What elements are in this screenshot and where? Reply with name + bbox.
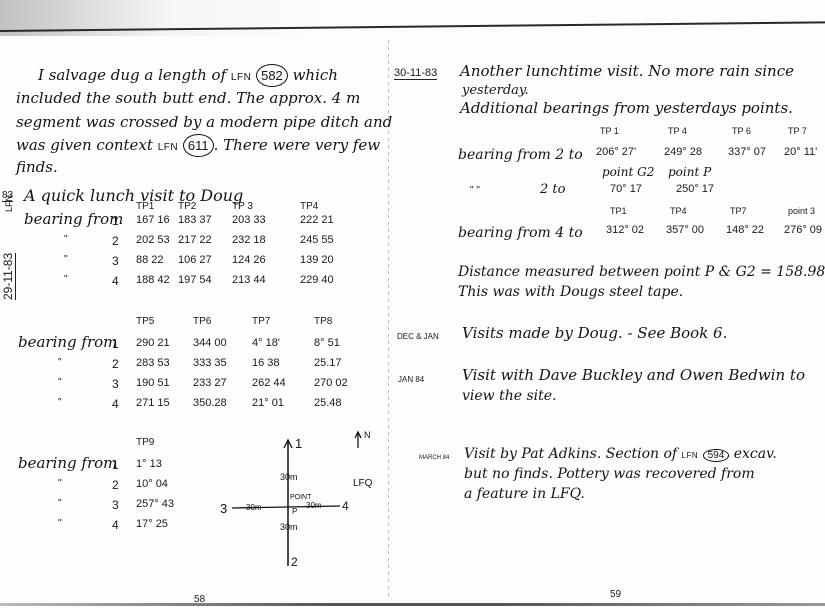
distance-label-north: 30m bbox=[280, 472, 298, 482]
from-station: 3 bbox=[112, 498, 119, 512]
page-number-right: 59 bbox=[610, 589, 621, 600]
distance-label-east: 30m bbox=[306, 501, 322, 510]
lfn-label: LFN bbox=[231, 72, 251, 83]
ditto-mark: " bbox=[58, 357, 62, 368]
arm-label-3: 3 bbox=[220, 501, 227, 516]
entry4-date: MARCH 84 bbox=[419, 455, 449, 461]
column-header: TP7 bbox=[730, 206, 747, 216]
page-bottom-edge bbox=[0, 603, 825, 606]
from-station: 1 bbox=[112, 214, 119, 228]
column-header: TP 3 bbox=[232, 201, 253, 212]
ditto-mark: " bbox=[64, 234, 68, 245]
from-station: 4 bbox=[112, 518, 119, 532]
ditto-mark: " bbox=[58, 397, 62, 408]
ditto-mark: " bbox=[58, 498, 62, 509]
bearing-value: 245 55 bbox=[300, 234, 334, 246]
column-header: TP1 bbox=[610, 206, 627, 216]
bearing-value: 217 22 bbox=[178, 234, 212, 246]
entry4-text: excav. bbox=[734, 446, 777, 462]
bearing-value: 25.48 bbox=[314, 397, 342, 409]
bearing-value: 270 02 bbox=[314, 377, 348, 389]
distance-measurement: Distance measured between point P & G2 =… bbox=[458, 264, 825, 280]
ditto-mark: " bbox=[58, 478, 62, 489]
lfn-number-circled: 594 bbox=[703, 449, 730, 462]
area-label-lfq: LFQ bbox=[353, 478, 373, 489]
entry3-line-1: Visit with Dave Buckley and Owen Bedwin … bbox=[462, 366, 805, 384]
entry1-date: 30-11-83 bbox=[394, 67, 437, 80]
entry1-line-2: yesterday. bbox=[462, 83, 529, 98]
arm-label-4: 4 bbox=[342, 499, 349, 513]
bearing-value: 106 27 bbox=[178, 254, 212, 266]
from-station: 2 to bbox=[540, 182, 565, 197]
bearing-value: 124 26 bbox=[232, 254, 266, 266]
bearing-value: 4° 18' bbox=[252, 337, 280, 349]
arm-label-1: 1 bbox=[295, 436, 302, 451]
bearing-value: 249° 28 bbox=[664, 146, 702, 158]
row-label: bearing from bbox=[24, 210, 123, 228]
intro-text: which bbox=[293, 66, 338, 84]
bearing-value: 337° 07 bbox=[728, 146, 766, 158]
distance-label-south: 30m bbox=[280, 522, 298, 532]
column-header: TP2 bbox=[178, 201, 196, 212]
column-header: TP 6 bbox=[732, 126, 751, 136]
bearing-value: 16 38 bbox=[252, 357, 280, 369]
bearing-value: 213 44 bbox=[232, 274, 266, 286]
row-label: bearing from bbox=[18, 454, 117, 472]
from-station: 4 bbox=[112, 274, 119, 288]
tape-note: This was with Dougs steel tape. bbox=[458, 284, 683, 300]
bearing-value: 232 18 bbox=[232, 234, 266, 246]
north-label: N bbox=[364, 430, 371, 440]
page-number-left: 58 bbox=[194, 594, 205, 605]
bearing-value: 139 20 bbox=[300, 254, 334, 266]
bearing-value: 203 33 bbox=[232, 214, 266, 226]
bearing-value: 206° 27' bbox=[596, 146, 636, 158]
column-header: point 3 bbox=[788, 206, 815, 216]
column-header: TP9 bbox=[136, 437, 154, 448]
ditto-mark: " bbox=[64, 274, 68, 285]
intro-line-2: included the south butt end. The approx.… bbox=[16, 88, 360, 109]
bearing-value: 1° 13 bbox=[136, 458, 162, 470]
bearing-value: 229 40 bbox=[300, 274, 334, 286]
bearing-value: 222 21 bbox=[300, 214, 334, 226]
entry3-line-2: view the site. bbox=[462, 388, 557, 404]
entry4-line-3: a feature in LFQ. bbox=[464, 486, 585, 502]
ditto-mark: " " bbox=[470, 185, 480, 196]
point-label: POINT bbox=[290, 494, 312, 501]
bearing-value: 20° 11' bbox=[784, 146, 817, 158]
bearing-value: 10° 04 bbox=[136, 478, 168, 490]
intro-line-5: finds. bbox=[16, 157, 58, 178]
bearing-value: 276° 09 bbox=[784, 224, 822, 236]
column-header: point G2 bbox=[602, 165, 654, 179]
entry2-text: Visits made by Doug. - See Book 6. bbox=[462, 324, 727, 342]
bearing-value: 21° 01 bbox=[252, 397, 284, 409]
bearing-value: 262 44 bbox=[252, 377, 286, 389]
from-station: 2 bbox=[112, 234, 119, 248]
bearing-value: 188 42 bbox=[136, 274, 170, 286]
intro-text: . There were very few bbox=[214, 136, 380, 154]
row-label: bearing from 2 to bbox=[458, 147, 583, 163]
ditto-mark: " bbox=[64, 254, 68, 265]
context-label: LFN bbox=[158, 142, 178, 153]
bearing-value: 17° 25 bbox=[136, 518, 168, 530]
margin-date: 29-11-83 bbox=[1, 253, 16, 300]
entry4-line-1: Visit by Pat Adkins. Section of LFN 594 … bbox=[464, 446, 777, 462]
entry1-line-1: Another lunchtime visit. No more rain si… bbox=[460, 62, 794, 80]
section1-heading: A quick lunch visit to Doug bbox=[24, 186, 243, 205]
entry4-line-2: but no finds. Pottery was recovered from bbox=[464, 466, 755, 482]
bearing-value: 350.28 bbox=[193, 397, 227, 409]
entry2-date: DEC & JAN bbox=[397, 332, 439, 341]
bearing-value: 25.17 bbox=[314, 357, 342, 369]
bearing-value: 271 15 bbox=[136, 397, 170, 409]
distance-label-west: 30m bbox=[246, 503, 262, 512]
bearing-value: 202 53 bbox=[136, 234, 170, 246]
entry4-text: Visit by Pat Adkins. Section of bbox=[464, 446, 677, 462]
entry1-line-3: Additional bearings from yesterdays poin… bbox=[460, 99, 793, 117]
from-station: 2 bbox=[112, 478, 119, 492]
point-letter: P bbox=[292, 507, 297, 516]
from-station: 2 bbox=[112, 357, 119, 371]
column-header: TP6 bbox=[193, 316, 211, 327]
intro-text: I salvage dug a length of bbox=[38, 66, 226, 84]
from-station: 4 bbox=[112, 397, 119, 411]
lfn-label: LFN bbox=[682, 451, 699, 460]
intro-text: was given context bbox=[16, 136, 153, 154]
column-header: TP 4 bbox=[668, 126, 687, 136]
column-header: TP4 bbox=[670, 206, 687, 216]
bearing-value: 183 37 bbox=[178, 214, 212, 226]
ditto-mark: " bbox=[58, 377, 62, 388]
bearing-value: 344 00 bbox=[193, 337, 227, 349]
bearing-value: 233 27 bbox=[193, 377, 227, 389]
bearing-value: 70° 17 bbox=[610, 183, 642, 195]
bearing-value: 257° 43 bbox=[136, 498, 174, 510]
entry3-date: JAN 84 bbox=[398, 375, 424, 384]
survey-point-diagram: N 1 2 3 4 30m 30m 30m 30m POINT P LFQ bbox=[200, 428, 390, 578]
column-header: TP1 bbox=[136, 201, 154, 212]
margin-note: LFN bbox=[4, 195, 14, 212]
column-header: point P bbox=[668, 165, 711, 179]
bearing-value: 333 35 bbox=[193, 357, 227, 369]
column-header: TP 7 bbox=[788, 126, 807, 136]
bearing-value: 357° 00 bbox=[666, 224, 704, 236]
from-station: 3 bbox=[112, 254, 119, 268]
bearing-value: 88 22 bbox=[136, 254, 164, 266]
intro-line-3: segment was crossed by a modern pipe dit… bbox=[16, 112, 392, 133]
context-number-circled: 611 bbox=[183, 134, 214, 157]
row-label: bearing from bbox=[18, 333, 117, 351]
bearing-value: 290 21 bbox=[136, 337, 170, 349]
bearing-value: 148° 22 bbox=[726, 224, 764, 236]
column-header: TP4 bbox=[300, 201, 318, 212]
bearing-value: 8° 51 bbox=[314, 337, 340, 349]
intro-line-4: was given context LFN 611. There were ve… bbox=[16, 134, 380, 158]
bearing-value: 197 54 bbox=[178, 274, 212, 286]
bearing-value: 167 16 bbox=[136, 214, 170, 226]
bearing-value: 250° 17 bbox=[676, 183, 714, 195]
intro-line-1: I salvage dug a length of LFN 582 which bbox=[38, 64, 338, 88]
arm-label-2: 2 bbox=[291, 555, 298, 569]
ditto-mark: " bbox=[58, 518, 62, 529]
lfn-number-circled: 582 bbox=[256, 64, 288, 87]
bearing-value: 190 51 bbox=[136, 377, 170, 389]
from-station: 1 bbox=[112, 337, 119, 351]
column-header: TP7 bbox=[252, 316, 270, 327]
column-header: TP8 bbox=[314, 316, 332, 327]
column-header: TP5 bbox=[136, 316, 154, 327]
column-header: TP 1 bbox=[600, 126, 619, 136]
from-station: 3 bbox=[112, 377, 119, 391]
from-station: 1 bbox=[112, 458, 119, 472]
bearing-value: 312° 02 bbox=[606, 224, 644, 236]
row-label: bearing from 4 to bbox=[458, 225, 583, 241]
bearing-value: 283 53 bbox=[136, 357, 170, 369]
